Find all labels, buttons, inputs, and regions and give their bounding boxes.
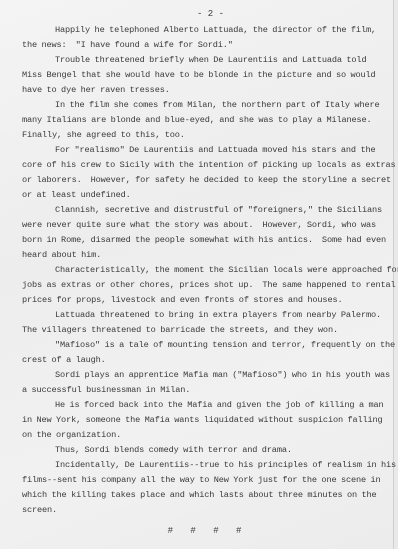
end-mark: # # # #: [22, 526, 379, 536]
paragraph: Thus, Sordi blends comedy with terror an…: [22, 443, 379, 458]
text-line: Finally, she agreed to this, too.: [22, 128, 379, 143]
text-line: films--sent his company all the way to N…: [22, 473, 379, 488]
text-line: The villagers threatened to barricade th…: [22, 323, 379, 338]
text-line: were never quite sure what the story was…: [22, 218, 379, 233]
paragraph: Sordi plays an apprentice Mafia man ("Ma…: [22, 368, 379, 398]
document-body: Happily he telephoned Alberto Lattuada, …: [22, 23, 379, 518]
page-number: - 2 -: [22, 8, 379, 20]
text-line: heard about him.: [22, 248, 379, 263]
text-line: Clannish, secretive and distrustful of "…: [22, 203, 379, 218]
paragraph: For "realismo" De Laurentiis and Lattuad…: [22, 143, 379, 203]
text-line: many Italians are blonde and blue-eyed, …: [22, 113, 379, 128]
text-line: a successful businessman in Milan.: [22, 383, 379, 398]
text-line: Lattuada threatened to bring in extra pl…: [22, 308, 379, 323]
paragraph: He is forced back into the Mafia and giv…: [22, 398, 379, 443]
text-line: For "realismo" De Laurentiis and Lattuad…: [22, 143, 379, 158]
paragraph: Happily he telephoned Alberto Lattuada, …: [22, 23, 379, 53]
text-line: Miss Bengel that she would have to be bl…: [22, 68, 379, 83]
paragraph: "Mafioso" is a tale of mounting tension …: [22, 338, 379, 368]
text-line: Incidentally, De Laurentiis--true to his…: [22, 458, 379, 473]
paragraph: Clannish, secretive and distrustful of "…: [22, 203, 379, 263]
paragraph: Incidentally, De Laurentiis--true to his…: [22, 458, 379, 518]
text-line: Thus, Sordi blends comedy with terror an…: [22, 443, 379, 458]
text-line: or at least undefined.: [22, 188, 379, 203]
text-line: "Mafioso" is a tale of mounting tension …: [22, 338, 379, 353]
text-line: Sordi plays an apprentice Mafia man ("Ma…: [22, 368, 379, 383]
text-line: jobs as extras or other chores, prices s…: [22, 278, 379, 293]
paragraph: Lattuada threatened to bring in extra pl…: [22, 308, 379, 338]
paragraph: In the film she comes from Milan, the no…: [22, 98, 379, 143]
paragraph: Characteristically, the moment the Sicil…: [22, 263, 379, 308]
text-line: or laborers. However, for safety he deci…: [22, 173, 379, 188]
text-line: which the killing takes place and which …: [22, 488, 379, 503]
text-line: crest of a laugh.: [22, 353, 379, 368]
text-line: the news: "I have found a wife for Sordi…: [22, 38, 379, 53]
text-line: Happily he telephoned Alberto Lattuada, …: [22, 23, 379, 38]
text-line: Trouble threatened briefly when De Laure…: [22, 53, 379, 68]
text-line: He is forced back into the Mafia and giv…: [22, 398, 379, 413]
text-line: in New York, someone the Mafia wants liq…: [22, 413, 379, 428]
text-line: have to dye her raven tresses.: [22, 83, 379, 98]
text-line: screen.: [22, 503, 379, 518]
text-line: born in Rome, disarmed the people somewh…: [22, 233, 379, 248]
text-line: Characteristically, the moment the Sicil…: [22, 263, 379, 278]
text-line: on the organization.: [22, 428, 379, 443]
paragraph: Trouble threatened briefly when De Laure…: [22, 53, 379, 98]
text-line: In the film she comes from Milan, the no…: [22, 98, 379, 113]
document-page: - 2 - Happily he telephoned Alberto Latt…: [0, 0, 394, 549]
text-line: prices for props, livestock and even fro…: [22, 293, 379, 308]
text-line: core of his crew to Sicily with the inte…: [22, 158, 379, 173]
